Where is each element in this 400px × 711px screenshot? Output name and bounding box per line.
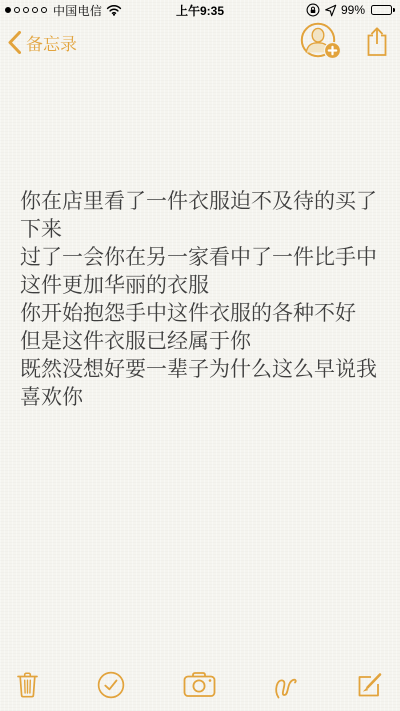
- battery-icon: [369, 5, 395, 15]
- delete-button[interactable]: [16, 671, 39, 698]
- add-people-button[interactable]: [300, 22, 342, 60]
- add-contact-icon: [300, 22, 342, 60]
- note-body[interactable]: 你在店里看了一件衣服迫不及待的买了下来过了一会你在另一家看中了一件比手中这件更加…: [0, 64, 400, 650]
- note-line: 你在店里看了一件衣服迫不及待的买了: [20, 188, 382, 216]
- note-line: 既然没想好要一辈子为什么这么早说我: [20, 356, 382, 384]
- compose-icon: [357, 671, 384, 698]
- share-icon: [364, 26, 390, 57]
- back-button-label: 备忘录: [26, 30, 77, 55]
- nav-bar: 备忘录: [0, 20, 400, 64]
- compose-button[interactable]: [357, 671, 384, 698]
- camera-icon: [183, 671, 216, 698]
- note-line: 但是这件衣服已经属于你: [20, 328, 382, 356]
- sketch-button[interactable]: [273, 670, 299, 700]
- orientation-lock-icon: [306, 3, 320, 17]
- carrier-label: 中国电信: [53, 2, 102, 19]
- sketch-icon: [273, 670, 299, 700]
- checklist-button[interactable]: [97, 671, 125, 699]
- status-right: 99%: [306, 3, 395, 17]
- trash-icon: [16, 671, 39, 698]
- chevron-left-icon: [8, 31, 21, 54]
- wifi-icon: [106, 4, 122, 16]
- note-line: 喜欢你: [20, 384, 382, 412]
- nav-actions: [300, 22, 390, 60]
- note-line: 下来: [20, 216, 382, 244]
- location-arrow-icon: [324, 4, 337, 17]
- bottom-toolbar: [0, 650, 400, 711]
- status-left: 中国电信: [5, 2, 122, 19]
- note-line: 这件更加华丽的衣服: [20, 272, 382, 300]
- notes-app-screen: { "colors": { "accent": "#E2A33C", "acce…: [0, 0, 400, 711]
- photo-button[interactable]: [183, 671, 216, 698]
- note-line: 你开始抱怨手中这件衣服的各种不好: [20, 300, 382, 328]
- battery-percent-label: 99%: [341, 3, 365, 17]
- note-line: 过了一会你在另一家看中了一件比手中: [20, 244, 382, 272]
- status-bar: 中国电信 上午9:35 99%: [0, 0, 400, 20]
- back-button[interactable]: 备忘录: [8, 30, 77, 55]
- checklist-icon: [97, 671, 125, 699]
- note-text: 你在店里看了一件衣服迫不及待的买了下来过了一会你在另一家看中了一件比手中这件更加…: [20, 188, 382, 412]
- share-button[interactable]: [364, 26, 390, 57]
- signal-strength-icon: [5, 7, 47, 13]
